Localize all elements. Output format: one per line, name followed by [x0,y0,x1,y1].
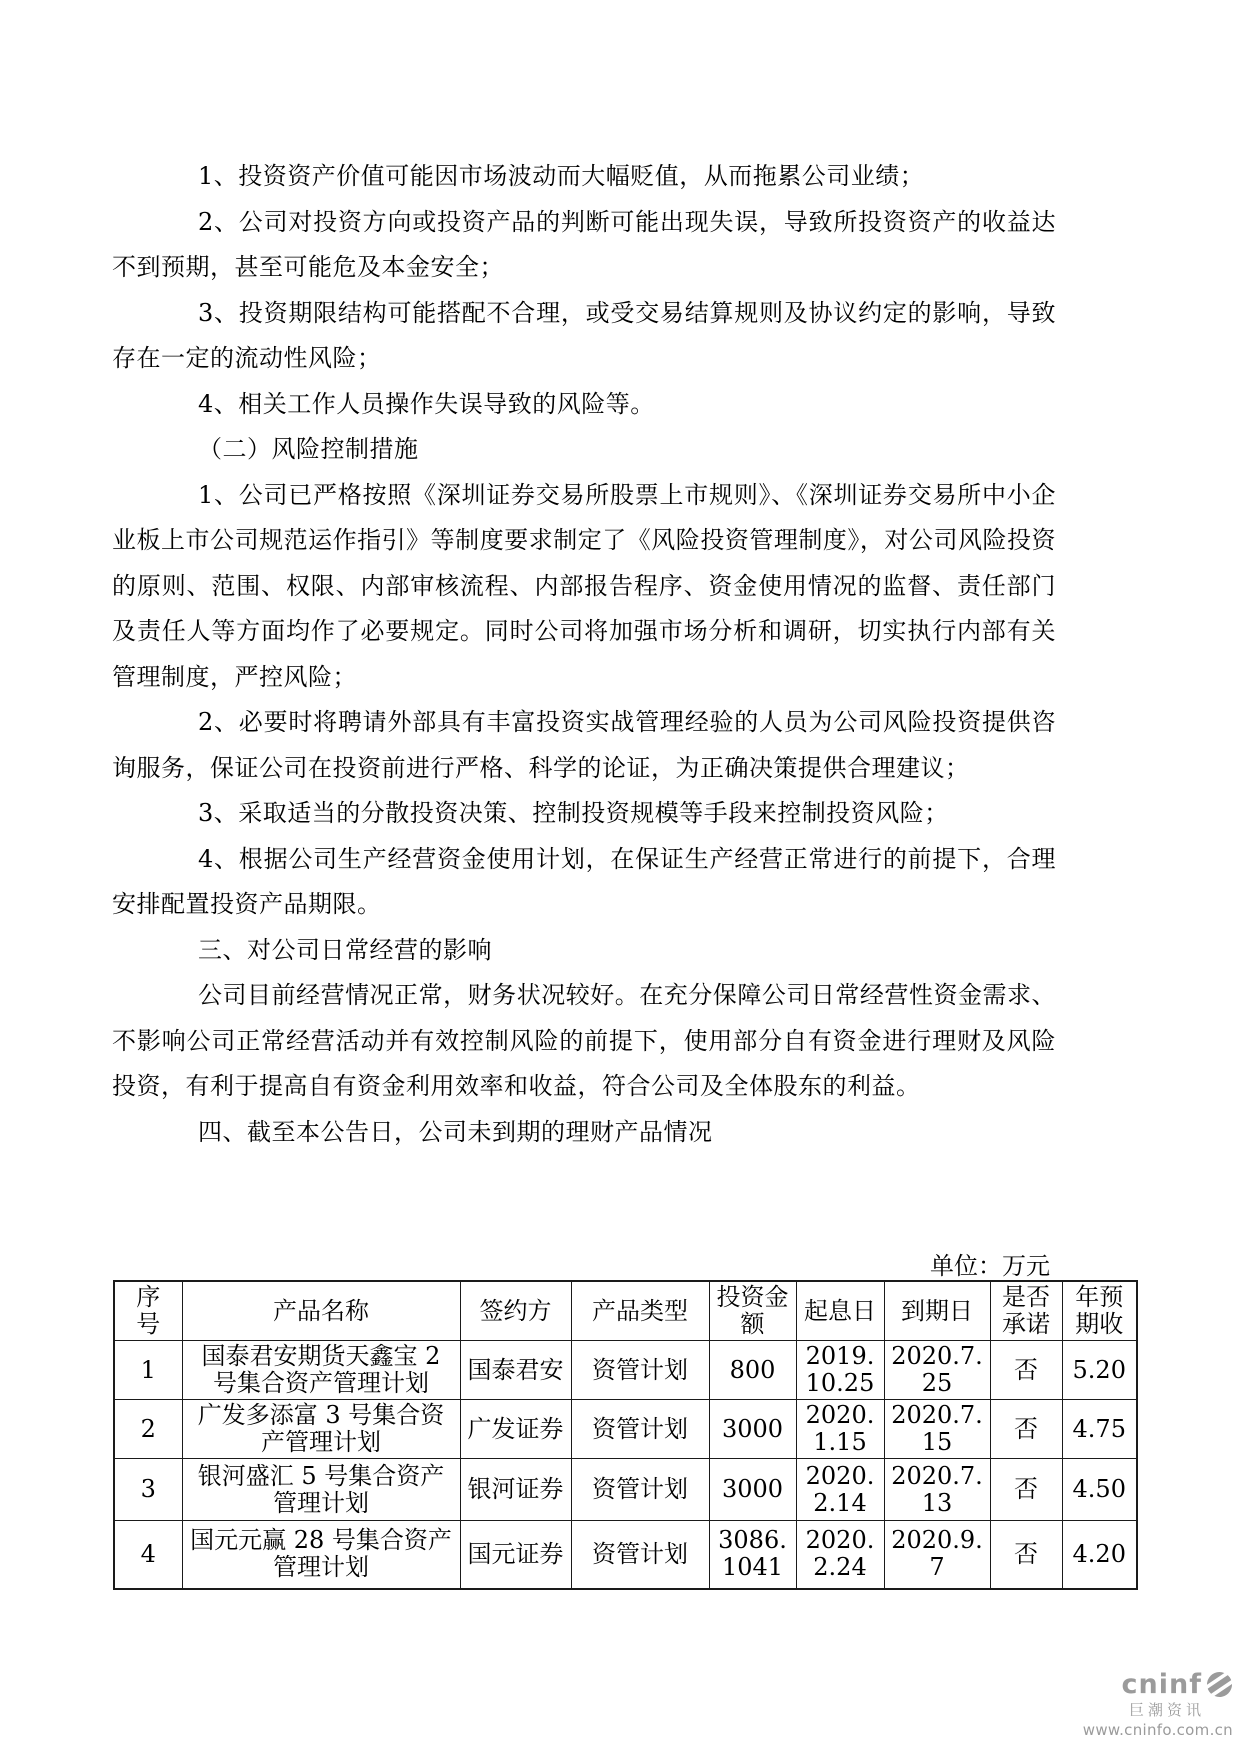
heading-risk-control: （二）风险控制措施 [112,427,1056,473]
paragraph-risk-3: 3、投资期限结构可能搭配不合理，或受交易结算规则及协议约定的影响，导致存在一定的… [112,291,1056,382]
cell-maturity-date: 2020.7.25 [884,1341,990,1400]
table-row: 2 广发多添富 3 号集合资产管理计划 广发证券 资管计划 3000 2020.… [114,1400,1137,1459]
cell-guaranteed: 否 [990,1521,1062,1589]
paragraph-control-1: 1、公司已严格按照《深圳证券交易所股票上市规则》、《深圳证券交易所中小企业板上市… [112,473,1056,701]
cell-index: 1 [114,1341,182,1400]
cell-value-date: 2020.1.15 [796,1400,884,1459]
cell-guaranteed: 否 [990,1459,1062,1521]
cell-index: 4 [114,1521,182,1589]
cell-product-name: 国泰君安期货天鑫宝 2 号集合资产管理计划 [182,1341,460,1400]
paragraph-risk-2: 2、公司对投资方向或投资产品的判断可能出现失误，导致所投资资产的收益达不到预期，… [112,200,1056,291]
cninfo-globe-icon [1206,1671,1233,1698]
col-header-index: 序 号 [114,1281,182,1341]
table-row: 4 国元元赢 28 号集合资产管理计划 国元证券 资管计划 3086.1041 … [114,1521,1137,1589]
paragraph-risk-1: 1、投资资产价值可能因市场波动而大幅贬值，从而拖累公司业绩； [112,154,1056,200]
cell-product-name: 银河盛汇 5 号集合资产管理计划 [182,1459,460,1521]
table-header: 序 号 产品名称 签约方 产品类型 投资金 额 起息日 到期日 是否 承诺 年预… [114,1281,1137,1341]
paragraph-control-4: 4、根据公司生产经营资金使用计划，在保证生产经营正常进行的前提下，合理安排配置投… [112,837,1056,928]
cell-value-date: 2019.10.25 [796,1341,884,1400]
cell-product-name: 广发多添富 3 号集合资产管理计划 [182,1400,460,1459]
paragraph-control-2: 2、必要时将聘请外部具有丰富投资实战管理经验的人员为公司风险投资提供咨询服务，保… [112,700,1056,791]
cell-expected-yield: 5.20 [1062,1341,1137,1400]
cell-expected-yield: 4.75 [1062,1400,1137,1459]
heading-daily-operation: 三、对公司日常经营的影响 [112,928,1056,974]
table-header-row: 序 号 产品名称 签约方 产品类型 投资金 额 起息日 到期日 是否 承诺 年预… [114,1281,1137,1341]
cell-guaranteed: 否 [990,1400,1062,1459]
products-table: 序 号 产品名称 签约方 产品类型 投资金 额 起息日 到期日 是否 承诺 年预… [113,1280,1138,1590]
document-page: 1、投资资产价值可能因市场波动而大幅贬值，从而拖累公司业绩； 2、公司对投资方向… [0,0,1241,1754]
cell-counterparty: 国泰君安 [460,1341,571,1400]
col-header-maturity-date: 到期日 [884,1281,990,1341]
cell-amount: 3000 [709,1400,796,1459]
cell-index: 3 [114,1459,182,1521]
col-header-amount: 投资金 额 [709,1281,796,1341]
cell-index: 2 [114,1400,182,1459]
table-row: 3 银河盛汇 5 号集合资产管理计划 银河证券 资管计划 3000 2020.2… [114,1459,1137,1521]
col-header-guaranteed: 是否 承诺 [990,1281,1062,1341]
cninfo-url: www.cninfo.com.cn [1083,1721,1233,1739]
cell-maturity-date: 2020.7.13 [884,1459,990,1521]
heading-unexpired-products: 四、截至本公告日，公司未到期的理财产品情况 [112,1110,1056,1156]
col-header-product-type: 产品类型 [571,1281,709,1341]
cell-counterparty: 银河证券 [460,1459,571,1521]
cninfo-logo-top: cninf [1083,1671,1233,1698]
cninfo-logo: cninf 巨潮资讯 www.cninfo.com.cn [1083,1671,1233,1739]
cell-counterparty: 广发证券 [460,1400,571,1459]
cell-maturity-date: 2020.9.7 [884,1521,990,1589]
col-header-expected-yield: 年预 期收 [1062,1281,1137,1341]
paragraph-control-3: 3、采取适当的分散投资决策、控制投资规模等手段来控制投资风险； [112,791,1056,837]
paragraph-operation: 公司目前经营情况正常，财务状况较好。在充分保障公司日常经营性资金需求、不影响公司… [112,973,1056,1110]
unit-label: 单位：万元 [112,1246,1050,1281]
cell-expected-yield: 4.50 [1062,1459,1137,1521]
table-row: 1 国泰君安期货天鑫宝 2 号集合资产管理计划 国泰君安 资管计划 800 20… [114,1341,1137,1400]
cell-product-type: 资管计划 [571,1400,709,1459]
cell-amount: 800 [709,1341,796,1400]
cell-counterparty: 国元证券 [460,1521,571,1589]
col-header-product-name: 产品名称 [182,1281,460,1341]
cell-product-type: 资管计划 [571,1521,709,1589]
cell-expected-yield: 4.20 [1062,1521,1137,1589]
cell-product-type: 资管计划 [571,1341,709,1400]
cell-value-date: 2020.2.14 [796,1459,884,1521]
cninfo-brand-text: cninf [1122,1671,1202,1698]
cell-product-name: 国元元赢 28 号集合资产管理计划 [182,1521,460,1589]
paragraph-risk-4: 4、相关工作人员操作失误导致的风险等。 [112,382,1056,428]
cell-product-type: 资管计划 [571,1459,709,1521]
body-text: 1、投资资产价值可能因市场波动而大幅贬值，从而拖累公司业绩； 2、公司对投资方向… [112,154,1056,1155]
cell-guaranteed: 否 [990,1341,1062,1400]
cell-value-date: 2020.2.24 [796,1521,884,1589]
col-header-value-date: 起息日 [796,1281,884,1341]
cninfo-chinese-name: 巨潮资讯 [1083,1699,1205,1720]
cell-amount: 3000 [709,1459,796,1521]
cell-maturity-date: 2020.7.15 [884,1400,990,1459]
col-header-counterparty: 签约方 [460,1281,571,1341]
cell-amount: 3086.1041 [709,1521,796,1589]
